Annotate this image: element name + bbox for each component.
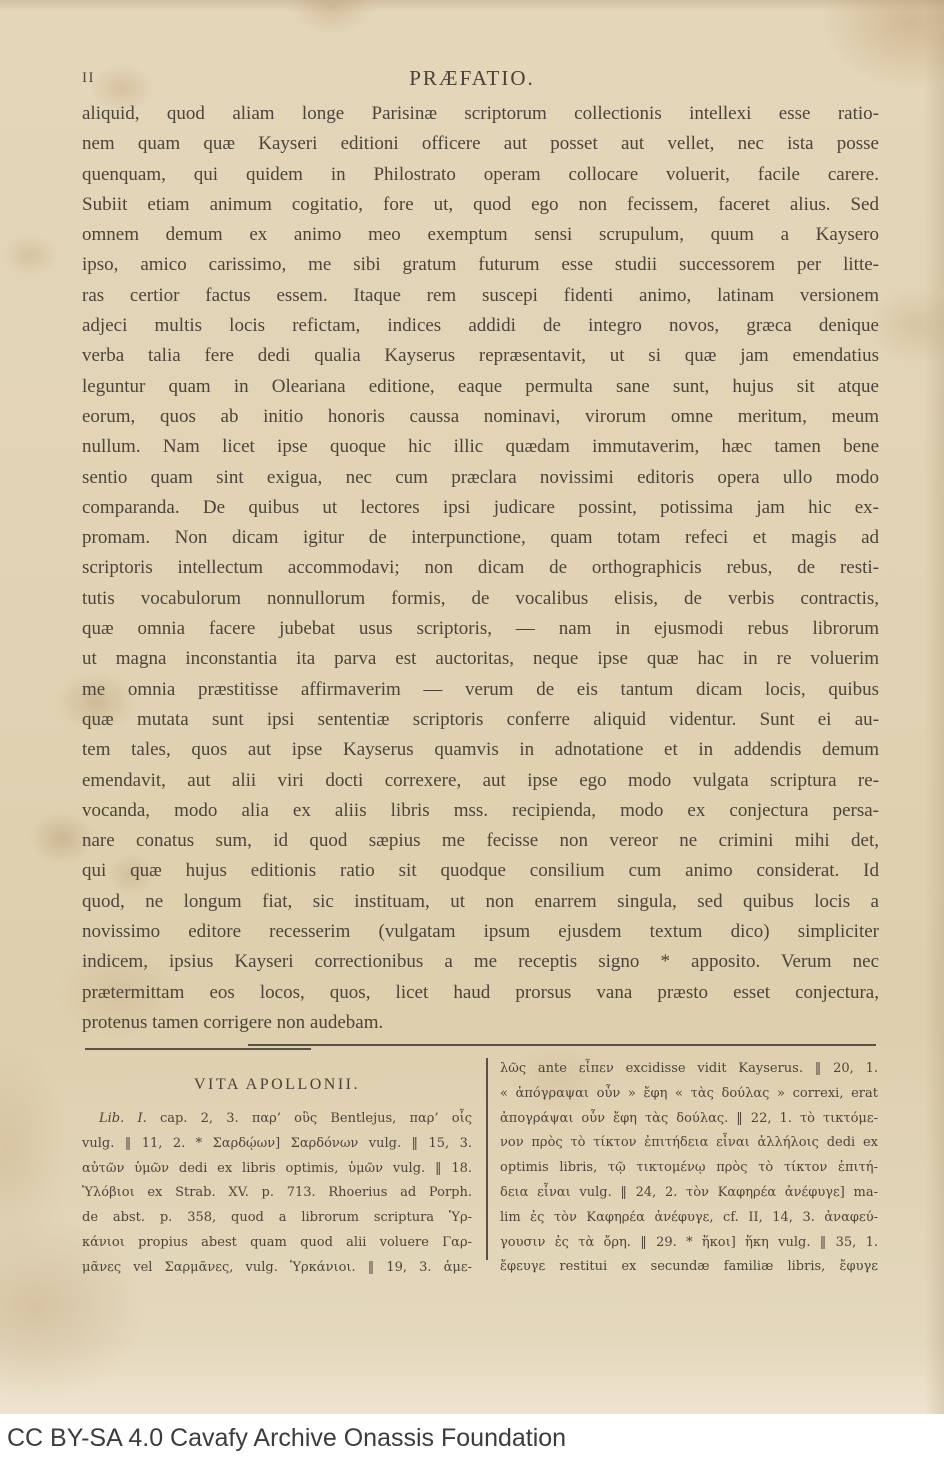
- footnote-line: λῶς ante εἶπεν excidisse vidit Kayserus.…: [500, 1057, 878, 1082]
- footnote-column-right: λῶς ante εἶπεν excidisse vidit Kayserus.…: [500, 1057, 878, 1280]
- footnote-line: ἀπογράψαι οὖν ἔφη τὰς δούλας. ‖ 22, 1. τ…: [500, 1107, 878, 1132]
- paragraph-line: omnem demum ex animo meo exemptum sensi …: [82, 220, 879, 250]
- preface-paragraph: aliquid, quod aliam longe Parisinæ scrip…: [82, 99, 879, 1038]
- license-footer-bar: CC BY-SA 4.0 Cavafy Archive Onassis Foun…: [0, 1414, 944, 1462]
- footnote-line: μᾶνες vel Σαρμᾶνες, vulg. Ὑρκάνιοι. ‖ 19…: [82, 1256, 472, 1281]
- footnote-left-lines: vulg. ‖ 11, 2. * Σαρδῴων] Σαρδόνων vulg.…: [82, 1132, 472, 1281]
- paragraph-line: vocanda, modo alia ex aliis libris mss. …: [82, 796, 879, 826]
- footnote-line: optimis libris, τῷ τικτομένῳ πρὸς τὸ τίκ…: [500, 1156, 878, 1181]
- book-page-scan: II PRÆFATIO. aliquid, quod aliam longe P…: [0, 0, 944, 1414]
- paragraph-line: quæ omnia facere jubebat usus scriptoris…: [82, 614, 879, 644]
- footnote-line: de abst. p. 358, quod a librorum scriptu…: [82, 1206, 472, 1231]
- paragraph-line: ipso, amico carissimo, me sibi gratum fu…: [82, 250, 879, 280]
- paragraph-line: leguntur quam in Oleariana editione, eaq…: [82, 372, 879, 402]
- page-title: PRÆFATIO.: [0, 66, 944, 91]
- paragraph-line: indicem, ipsius Kayseri correctionibus a…: [82, 947, 879, 977]
- paragraph-line: qui quæ hujus editionis ratio sit quodqu…: [82, 856, 879, 886]
- column-divider-rule: [486, 1058, 488, 1260]
- footnote-line: αὐτῶν ὑμῶν dedi ex libris optimis, ὑμῶν …: [82, 1157, 472, 1182]
- paragraph-line: emendavit, aut alii viri docti correxere…: [82, 766, 879, 796]
- footnote-right-lines: λῶς ante εἶπεν excidisse vidit Kayserus.…: [500, 1057, 878, 1280]
- paragraph-line: eorum, quos ab initio honoris caussa nom…: [82, 402, 879, 432]
- paragraph-line: prætermittam eos locos, quos, licet haud…: [82, 978, 879, 1008]
- footnote-line: lim ἐς τὸν Καφηρέα ἀνέφυγε, cf. II, 14, …: [500, 1206, 878, 1231]
- paragraph-line: ut magna inconstantia ita parva est auct…: [82, 644, 879, 674]
- footnote-column-left: VITA APOLLONII. Lib. I. cap. 2, 3. παρ’ …: [82, 1074, 472, 1281]
- screenshot-stage: II PRÆFATIO. aliquid, quod aliam longe P…: [0, 0, 944, 1462]
- footnote-line: κάνιοι propius abest quam quod alii volu…: [82, 1231, 472, 1256]
- paragraph-line: Subiit etiam animum cogitatio, fore ut, …: [82, 190, 879, 220]
- footnote-line: νον πρὸς τὸ τίκτον ἐπιτήδεια εἶναι ἀλλήλ…: [500, 1131, 878, 1156]
- footnote-first-line: Lib. I. cap. 2, 3. παρ’ οὓς Bentlejus, π…: [82, 1107, 472, 1132]
- paragraph-line: quæ mutata sunt ipsi sententiæ scriptori…: [82, 705, 879, 735]
- paragraph-line: nullum. Nam licet ipse quoque hic illic …: [82, 432, 879, 462]
- paragraph-line: novissimo editore recesserim (vulgatam i…: [82, 917, 879, 947]
- footnote-first-line-rest: cap. 2, 3. παρ’ οὓς Bentlejus, παρ’ οἷς: [147, 1111, 472, 1126]
- paragraph-line: quod, ne longum fiat, sic instituam, ut …: [82, 887, 879, 917]
- section-rule-right-segment: [248, 1044, 876, 1046]
- paragraph-line: me omnia præstitisse affirmaverim — veru…: [82, 675, 879, 705]
- paragraph-line: adjeci multis locis refictam, indices ad…: [82, 311, 879, 341]
- footnote-section-heading: VITA APOLLONII.: [82, 1074, 472, 1096]
- footnote-line: ἔφευγε restitui ex secundæ familiæ libri…: [500, 1255, 878, 1280]
- paragraph-line: tem tales, quos aut ipse Kayserus quamvi…: [82, 735, 879, 765]
- section-rule-left-segment: [85, 1048, 311, 1050]
- paragraph-line: nem quam quæ Kayseri editioni officere a…: [82, 129, 879, 159]
- paragraph-line: protenus tamen corrigere non audebam.: [82, 1008, 879, 1038]
- book-reference-italic: Lib. I.: [99, 1111, 147, 1126]
- footnote-line: vulg. ‖ 11, 2. * Σαρδῴων] Σαρδόνων vulg.…: [82, 1132, 472, 1157]
- footnote-line: « ἀπόγραψαι οὖν » ἔφη « τὰς δούλας » cor…: [500, 1082, 878, 1107]
- footnote-line: Ὑλόβιοι ex Strab. XV. p. 713. Rhoerius a…: [82, 1181, 472, 1206]
- paragraph-line: scriptoris intellectum accommodavi; non …: [82, 553, 879, 583]
- paragraph-line: nare conatus sum, id quod sæpius me feci…: [82, 826, 879, 856]
- footnote-line: δεια εἶναι vulg. ‖ 24, 2. τὸν Καφηρέα ἀν…: [500, 1181, 878, 1206]
- paragraph-line: sentio quam sint exigua, nec cum præclar…: [82, 463, 879, 493]
- paragraph-line: promam. Non dicam igitur de interpunctio…: [82, 523, 879, 553]
- paragraph-line: ras certior factus essem. Itaque rem sus…: [82, 281, 879, 311]
- paragraph-line: comparanda. De quibus ut lectores ipsi j…: [82, 493, 879, 523]
- paragraph-line: tutis vocabulorum nonnullorum formis, de…: [82, 584, 879, 614]
- paragraph-line: verba talia fere dedi qualia Kayserus re…: [82, 341, 879, 371]
- footnote-line: γουσιν ἐς τὰ ὄρη. ‖ 29. * ἥκοι] ἥκη vulg…: [500, 1231, 878, 1256]
- license-text: CC BY-SA 4.0 Cavafy Archive Onassis Foun…: [0, 1424, 566, 1453]
- paragraph-line: quenquam, qui quidem in Philostrato oper…: [82, 160, 879, 190]
- paragraph-line: aliquid, quod aliam longe Parisinæ scrip…: [82, 99, 879, 129]
